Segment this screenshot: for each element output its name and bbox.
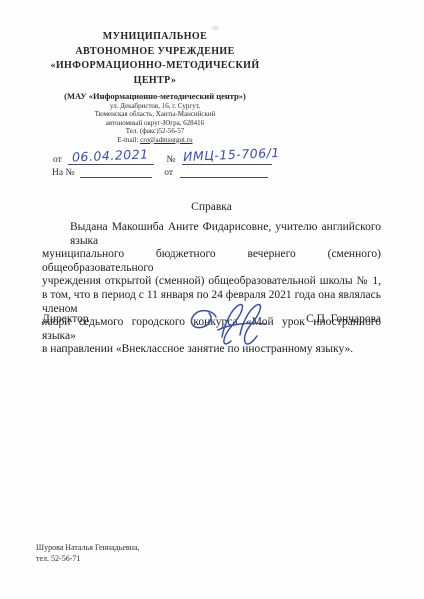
org-address-line: ул. Декабристов, 16, г. Сургут, [40, 102, 270, 110]
reference-row-outgoing: от 06.04.2021 № ИМЦ-15-706/1 [53, 152, 272, 165]
org-name-line: ЦЕНТР» [40, 74, 270, 89]
number-field-line: ИМЦ-15-706/1 [182, 152, 272, 165]
signatory-position: Директор [42, 313, 89, 325]
executor-name: Шурова Наталья Геннадьевна, [36, 543, 140, 554]
reply-from-label: от [164, 168, 173, 178]
number-label: № [167, 155, 176, 165]
body-line: муниципального бюджетного вечернего (сме… [42, 248, 381, 275]
org-address-line: Тюменская область, Ханты-Мансийский [40, 110, 270, 118]
reply-number-field-line [80, 165, 152, 178]
org-address-line: автономный округ-Югра, 628416 [40, 119, 270, 127]
org-email-line: E-mail: cro@admsurgut.ru [40, 136, 270, 144]
scanned-document-page: МУНИЦИПАЛЬНОЕ АВТОНОМНОЕ УЧРЕЖДЕНИЕ «ИНФ… [0, 0, 424, 599]
handwritten-number: ИМЦ-15-706/1 [183, 145, 280, 164]
org-short-name: (МАУ «Информационно-методический центр») [40, 91, 270, 102]
signatory-name: С.П. Гончарова [306, 313, 381, 325]
date-field-line: 06.04.2021 [68, 152, 154, 165]
org-name-line: «ИНФОРМАЦИОННО-МЕТОДИЧЕСКИЙ [40, 59, 270, 74]
from-label: от [53, 155, 62, 165]
org-name-line: МУНИЦИПАЛЬНОЕ [40, 30, 270, 45]
director-signature [180, 297, 280, 349]
body-line: Выдана Макошиба Аните Фидарисовне, учите… [42, 221, 381, 248]
org-phone-line: Тел. (факс)52-56-57 [40, 127, 270, 135]
reply-label: На № [52, 168, 75, 178]
org-name-line: АВТОНОМНОЕ УЧРЕЖДЕНИЕ [40, 45, 270, 60]
email-label: E-mail: [117, 136, 140, 144]
executor-phone: тел. 52-56-71 [36, 554, 140, 565]
reference-row-reply: На № от [52, 165, 268, 178]
document-title: Справка [42, 201, 381, 213]
email-address: cro@admsurgut.ru [140, 136, 192, 144]
executor-contact: Шурова Наталья Геннадьевна, тел. 52-56-7… [36, 543, 140, 564]
reply-date-field-line [180, 165, 268, 178]
letterhead: МУНИЦИПАЛЬНОЕ АВТОНОМНОЕ УЧРЕЖДЕНИЕ «ИНФ… [40, 30, 270, 144]
handwritten-date: 06.04.2021 [72, 146, 149, 164]
body-line: учреждения открытой (сменной) общеобразо… [42, 275, 381, 289]
